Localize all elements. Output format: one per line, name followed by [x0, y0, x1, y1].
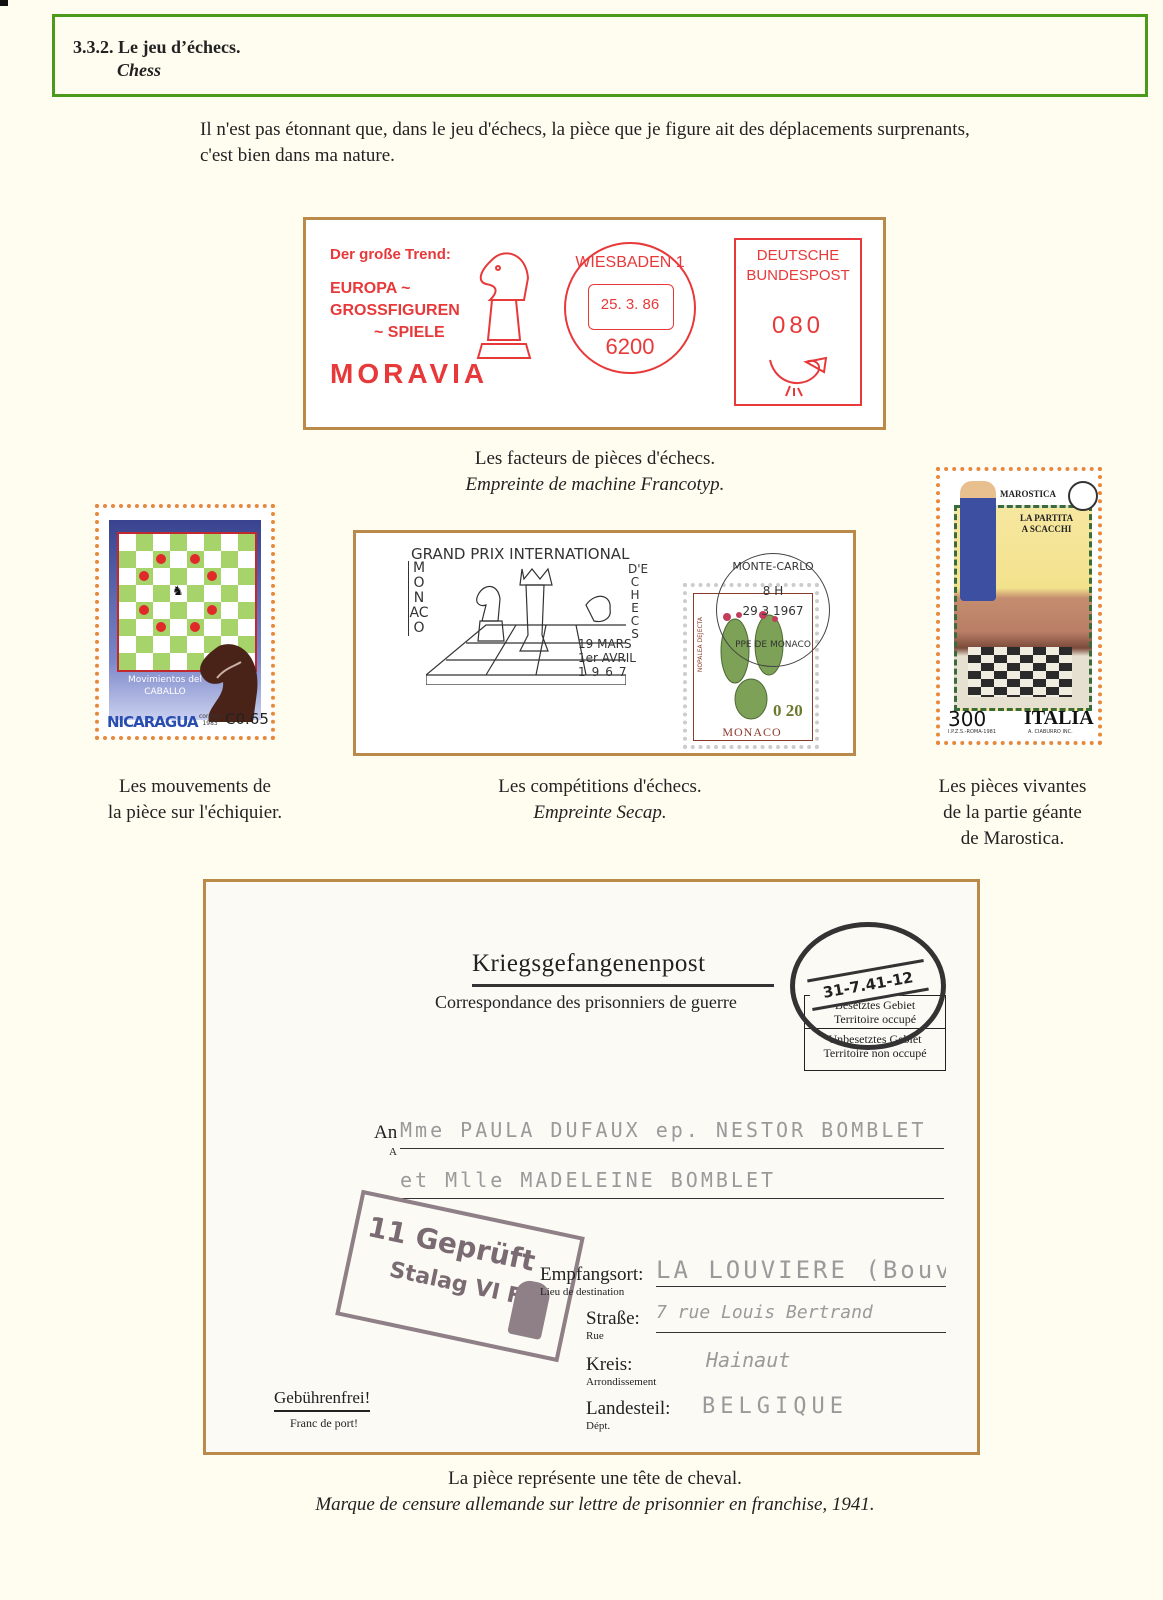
meter-slogan: EUROPA ~ GROSSFIGUREN ~ SPIELE [330, 278, 460, 344]
move-dot-icon [156, 622, 166, 632]
move-dot-icon [190, 622, 200, 632]
board-square [221, 585, 238, 602]
meter-postal-line-2: BUNDESPOST [736, 266, 860, 286]
board-square [187, 551, 204, 568]
board-square [170, 551, 187, 568]
address-line-1: Mme PAULA DUFAUX ep. NESTOR BOMBLET [400, 1118, 944, 1149]
move-dot-icon [156, 554, 166, 564]
move-dot-icon [139, 605, 149, 615]
monaco-stamp-country: MONACO [687, 725, 817, 740]
board-square [136, 534, 153, 551]
board-square [187, 585, 204, 602]
nicaragua-small-1: correos [199, 713, 221, 720]
board-square [204, 619, 221, 636]
move-dot-icon [207, 571, 217, 581]
pow-envelope: Kriegsgefangenenpost Correspondance des … [203, 879, 980, 1455]
italia-title: LA PARTITA A SCACCHI [1020, 513, 1073, 535]
monaco-postmark: MONTE-CARLO 8 H 29 3 1967 PPE DE MONACO [716, 553, 830, 667]
envelope-caption-line-1: La pièce représente une tête de cheval. [180, 1466, 1010, 1492]
monaco-postmark-bottom: PPE DE MONACO [717, 640, 829, 650]
meter-postal-name: DEUTSCHE BUNDESPOST [736, 246, 860, 286]
meter-date: 25. 3. 86 [566, 296, 694, 313]
envelope-postmark: 31-7.41-12 [790, 922, 946, 1050]
nicaragua-value: C0.65 [225, 710, 269, 728]
italia-caption: Les pièces vivantes de la partie géante … [915, 774, 1110, 852]
meter-value-box: DEUTSCHE BUNDESPOST 080 [734, 238, 862, 406]
nicaragua-caption-line-2: la pièce sur l'échiquier. [80, 800, 310, 826]
envelope-caption: La pièce représente une tête de cheval. … [180, 1466, 1010, 1518]
board-square [136, 619, 153, 636]
board-square [153, 534, 170, 551]
board-square [238, 585, 255, 602]
board-square [119, 619, 136, 636]
monaco-postmark-hour: 8 H [717, 584, 829, 598]
section-title: 3.3.2. Le jeu d’échecs. [73, 37, 240, 58]
meter-caption: Les facteurs de pièces d'échecs. Emprein… [300, 446, 890, 498]
board-square [153, 636, 170, 653]
board-square [238, 568, 255, 585]
italia-title-line-2: A SCACCHI [1020, 524, 1073, 535]
district-value: Hainaut [706, 1348, 790, 1372]
board-square [221, 619, 238, 636]
monaco-date-2: 1er AVRIL [578, 651, 636, 665]
board-square [119, 602, 136, 619]
envelope-subtitle: Correspondance des prisonniers de guerre [435, 992, 737, 1013]
board-square [170, 653, 187, 670]
board-square [136, 653, 153, 670]
italia-stamp: MAROSTICA LA PARTITA A SCACCHI 300 ITALI… [936, 467, 1102, 745]
envelope-title-rule [472, 984, 774, 987]
meter-postmark: WIESBADEN 1 25. 3. 86 6200 [564, 242, 696, 374]
region-value: BELGIQUE [702, 1394, 848, 1419]
district-label-fr: Arrondissement [586, 1376, 656, 1388]
italia-caption-line-1: Les pièces vivantes [915, 774, 1110, 800]
board-square [170, 619, 187, 636]
intro-line-2: c'est bien dans ma nature. [200, 143, 1130, 169]
board-square [238, 534, 255, 551]
postage-free-label: Gebührenfrei! [274, 1388, 370, 1412]
monaco-date-1: 19 MARS [578, 637, 636, 651]
board-square [119, 551, 136, 568]
board-square [187, 568, 204, 585]
board-square [187, 534, 204, 551]
board-square [153, 653, 170, 670]
meter-slogan-line-1: EUROPA ~ [330, 278, 460, 300]
envelope-title: Kriegsgefangenenpost [472, 950, 706, 978]
queen-figure [960, 481, 996, 601]
post-horn-icon [766, 350, 830, 398]
street-value: 7 rue Louis Bertrand [656, 1302, 946, 1333]
board-square [170, 534, 187, 551]
board-square [204, 568, 221, 585]
italia-caption-line-2: de la partie géante [915, 800, 1110, 826]
board-square [153, 585, 170, 602]
nicaragua-small-2: 1983 [199, 720, 221, 727]
monaco-caption-line-1: Les compétitions d'échecs. [430, 774, 770, 800]
board-square [204, 551, 221, 568]
nicaragua-caption: Les mouvements de la pièce sur l'échiqui… [80, 774, 310, 826]
move-dot-icon [207, 605, 217, 615]
district-label: Kreis: [586, 1354, 632, 1376]
board-square [170, 602, 187, 619]
board-square [204, 534, 221, 551]
postage-free-label-fr: Franc de port! [290, 1416, 358, 1431]
italia-printer: I.P.Z.S.-ROMA-1981 [948, 729, 996, 735]
street-label-fr: Rue [586, 1330, 604, 1342]
board-square [153, 551, 170, 568]
destination-label-fr: Lieu de destination [540, 1286, 624, 1298]
meter-slogan-line-3: ~ SPIELE [330, 322, 460, 344]
board-square [119, 585, 136, 602]
monaco-date-3: 1967 [578, 665, 636, 679]
meter-postcode: 6200 [566, 334, 694, 360]
destination-value: LA LOUVIERE (Bouv [656, 1256, 946, 1287]
to-label: An [374, 1122, 397, 1144]
knight-icon: ♞ [172, 583, 184, 599]
board-square [221, 551, 238, 568]
italia-country: ITALIA [1024, 707, 1094, 730]
monaco-slogan-right: D'ECHECS [628, 563, 642, 641]
board-square [153, 568, 170, 585]
meter-brand: MORAVIA [330, 358, 488, 390]
monaco-dates: 19 MARS 1er AVRIL 1967 [578, 637, 636, 679]
board-square [153, 619, 170, 636]
meter-value: 080 [736, 312, 860, 340]
italia-title-line-1: LA PARTITA [1020, 513, 1073, 524]
region-label: Landesteil: [586, 1398, 670, 1420]
meter-slogan-intro: Der große Trend: [330, 246, 451, 263]
board-square [221, 602, 238, 619]
meter-slogan-line-2: GROSSFIGUREN [330, 300, 460, 322]
board-square [136, 602, 153, 619]
move-dot-icon [190, 554, 200, 564]
monaco-cover: GRAND PRIX INTERNATIONAL MONACO D'ECHECS… [353, 530, 856, 756]
corner-mark [0, 0, 8, 6]
italia-place: MAROSTICA [1000, 489, 1056, 499]
italia-artist: A. CIABURRO INC. [1028, 729, 1073, 735]
meter-city: WIESBADEN 1 [566, 254, 694, 272]
intro-line-1: Il n'est pas étonnant que, dans le jeu d… [200, 117, 1130, 143]
monaco-slogan-top: GRAND PRIX INTERNATIONAL [411, 545, 629, 563]
board-square [221, 534, 238, 551]
board-square [119, 653, 136, 670]
board-square: ♞ [170, 585, 187, 602]
meter-caption-line-2: Empreinte de machine Francotyp. [300, 472, 890, 498]
meter-postal-line-1: DEUTSCHE [736, 246, 860, 266]
monaco-postmark-city: MONTE-CARLO [717, 560, 829, 573]
board-square [238, 551, 255, 568]
address-line-2: et Mlle MADELEINE BOMBLET [400, 1168, 944, 1199]
envelope-caption-line-2: Marque de censure allemande sur lettre d… [180, 1492, 1010, 1518]
board-square [187, 602, 204, 619]
board-square [136, 636, 153, 653]
board-square [204, 602, 221, 619]
board-square [204, 585, 221, 602]
nicaragua-small: correos 1983 [199, 713, 221, 727]
europa-logo-icon [1068, 481, 1098, 511]
board-square [238, 619, 255, 636]
meter-caption-line-1: Les facteurs de pièces d'échecs. [300, 446, 890, 472]
italia-chessboard [968, 647, 1072, 697]
board-square [136, 568, 153, 585]
region-label-fr: Dépt. [586, 1420, 610, 1432]
nicaragua-country: NICARAGUA [107, 713, 198, 731]
board-square [136, 551, 153, 568]
board-square [153, 602, 170, 619]
board-square [238, 602, 255, 619]
section-header: 3.3.2. Le jeu d’échecs. Chess [52, 14, 1148, 97]
nicaragua-caption-line-1: Les mouvements de [80, 774, 310, 800]
board-square [119, 636, 136, 653]
monaco-stamp-value: 0 20 [773, 701, 803, 721]
monaco-postmark-date: 29 3 1967 [717, 604, 829, 618]
board-square [119, 568, 136, 585]
nicaragua-stamp: ♞ Movimientos del CABALLO NICARAGUA corr… [95, 504, 275, 740]
to-label-fr: A [389, 1146, 397, 1158]
destination-label: Empfangsort: [540, 1264, 643, 1286]
section-subtitle: Chess [117, 60, 161, 81]
board-square [187, 619, 204, 636]
board-square [119, 534, 136, 551]
board-square [170, 636, 187, 653]
monaco-caption: Les compétitions d'échecs. Empreinte Sec… [430, 774, 770, 826]
meter-stamp-item: Der große Trend: EUROPA ~ GROSSFIGUREN ~… [303, 217, 886, 430]
intro-text: Il n'est pas étonnant que, dans le jeu d… [200, 117, 1130, 169]
board-square [136, 585, 153, 602]
monaco-caption-line-2: Empreinte Secap. [430, 800, 770, 826]
knight-icon [476, 248, 534, 370]
italia-caption-line-3: de Marostica. [915, 826, 1110, 852]
move-dot-icon [139, 571, 149, 581]
monaco-stamp-plant: NOPALEA DEJECTA [697, 617, 704, 672]
board-square [221, 568, 238, 585]
envelope-postmark-date: 31-7.41-12 [807, 959, 929, 1011]
street-label: Straße: [586, 1308, 640, 1330]
italia-value: 300 [948, 707, 986, 731]
